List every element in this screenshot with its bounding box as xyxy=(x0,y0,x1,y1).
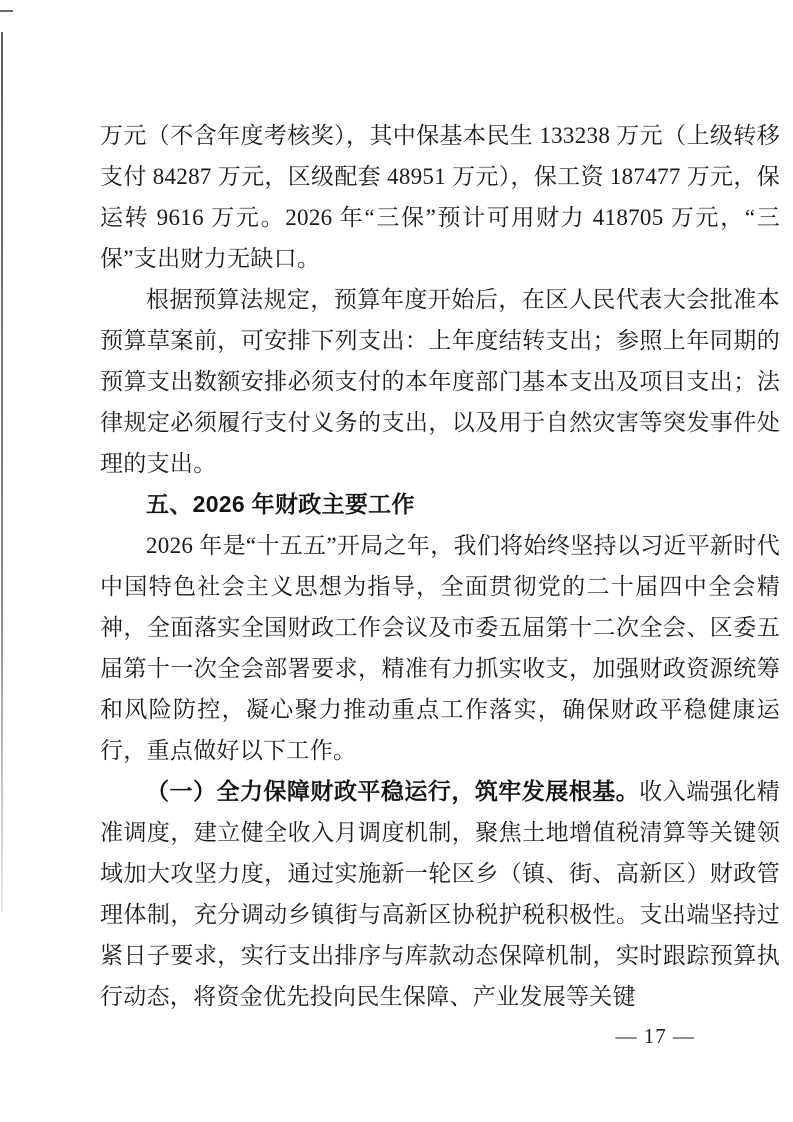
page-number: — 17 — xyxy=(616,1024,696,1048)
paragraph-2026-guiding-principles: 2026 年是“十五五”开局之年，我们将始终坚持以习近平新时代中国特色社会主义思… xyxy=(100,525,780,771)
paragraph-budget-law-provisions: 根据预算法规定，预算年度开始后，在区人民代表大会批准本预算草案前，可安排下列支出… xyxy=(100,279,780,484)
paragraph-item-one-fiscal-stability: （一）全力保障财政平稳运行，筑牢发展根基。收入端强化精准调度，建立健全收入月调度… xyxy=(100,771,780,1017)
paragraph-continuation-sanbao-figures: 万元（不含年度考核奖），其中保基本民生 133238 万元（上级转移支付 842… xyxy=(100,115,780,279)
paragraph-bold-lead: （一）全力保障财政平稳运行，筑牢发展根基。 xyxy=(146,779,639,804)
document-body: 万元（不含年度考核奖），其中保基本民生 133238 万元（上级转移支付 842… xyxy=(100,115,780,1017)
paragraph-body-text: 收入端强化精准调度，建立健全收入月调度机制，聚焦土地增值税清算等关键领域加大攻坚… xyxy=(100,779,780,1009)
scan-artifact-top-edge xyxy=(0,10,13,12)
document-page: 万元（不含年度考核奖），其中保基本民生 133238 万元（上级转移支付 842… xyxy=(0,0,793,1122)
section-heading-2026-fiscal-work: 五、2026 年财政主要工作 xyxy=(100,484,780,525)
scan-artifact-left-edge xyxy=(1,32,3,912)
